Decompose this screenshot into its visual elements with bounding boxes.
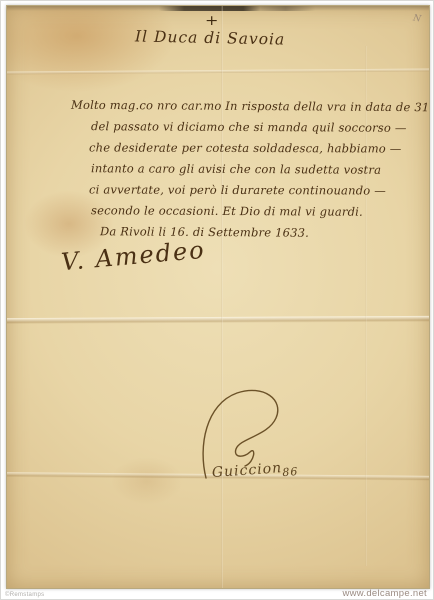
countersignature-flourish: 86	[282, 465, 299, 479]
cross-icon: +	[205, 12, 218, 28]
ducal-signature: V. Amedeo	[60, 236, 207, 277]
letter-body-line: ci avvertate, voi però li durarete conti…	[89, 182, 386, 197]
letter-dateline: Da Rivoli li 16. di Settembre 1633.	[100, 224, 309, 239]
letter-body-line: intanto a caro gli avisi che con la sude…	[91, 161, 381, 177]
fold-crease-vertical-center	[221, 6, 223, 588]
letter-paper: + Il Duca di Savoia Molto mag.co nro car…	[6, 5, 430, 589]
letter-body-line: secondo le occasioni. Et Dio di mal vi g…	[91, 203, 363, 218]
delcampe-watermark: www.delcampe.net	[342, 588, 427, 599]
pencil-corner-mark: N	[412, 13, 421, 24]
letter-body-line: che desiderate per cotesta soldadesca, h…	[89, 140, 402, 155]
letter-body-line: del passato vi diciamo che si manda quil…	[91, 119, 407, 135]
letter-photograph: + Il Duca di Savoia Molto mag.co nro car…	[0, 0, 434, 600]
countersignature-text: Guiccion	[211, 460, 282, 481]
letter-heading: Il Duca di Savoia	[135, 27, 286, 48]
letter-body-line: Molto mag.co nro car.mo In risposta dell…	[71, 98, 430, 115]
seller-watermark: ©Remstamps	[5, 592, 44, 598]
paper-top-edge-shadow	[7, 6, 429, 11]
